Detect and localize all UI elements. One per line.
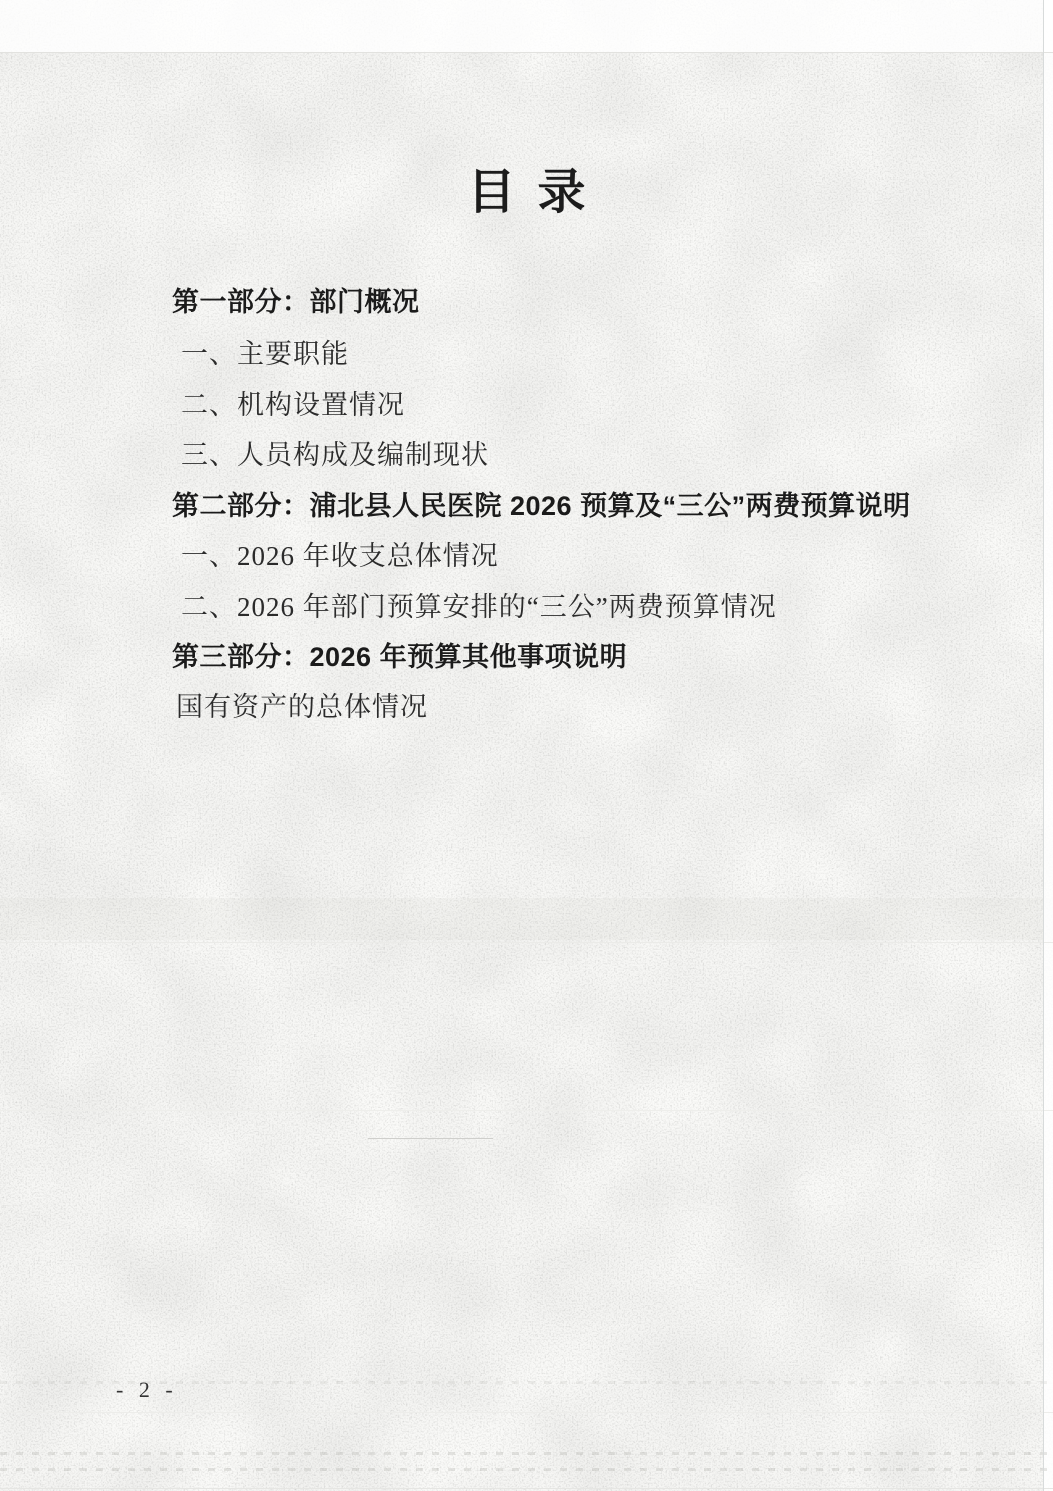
toc-item-org-setup: 二、机构设置情况 [181, 390, 405, 421]
page-title: 目录 [0, 167, 1053, 220]
scanned-document-page: 目录 第一部分：部门概况 一、主要职能 二、机构设置情况 三、人员构成及编制现状… [0, 0, 1053, 1491]
toc-part-3: 第三部分：2026 年预算其他事项说明 [172, 642, 627, 673]
toc-item-budget-overview: 一、2026 年收支总体情况 [181, 541, 499, 572]
scan-dash-band-2 [0, 1468, 1053, 1471]
scan-margin-top [0, 0, 1053, 52]
scan-noise-band [0, 898, 1053, 940]
scan-noise-texture [0, 0, 1053, 1491]
scan-line-top [0, 52, 1053, 53]
scan-line-short [368, 1138, 493, 1139]
toc-item-state-assets: 国有资产的总体情况 [176, 692, 428, 723]
page-edge-line [1043, 0, 1044, 1491]
toc-part-2: 第二部分：浦北县人民医院 2026 预算及“三公”两费预算说明 [172, 491, 911, 522]
scan-dash-band-1 [0, 1452, 1053, 1455]
toc-part-1: 第一部分：部门概况 [172, 287, 420, 318]
scan-margin-right [1044, 0, 1053, 1491]
page-number: - 2 - [116, 1377, 178, 1403]
scan-line-middle-1 [0, 942, 1053, 943]
toc-item-personnel: 三、人员构成及编制现状 [181, 440, 489, 471]
scan-line-bottom [0, 1488, 1053, 1489]
scan-line-middle-2 [0, 1110, 1053, 1111]
scan-line-footer [0, 1412, 1053, 1413]
toc-item-three-public-budget: 二、2026 年部门预算安排的“三公”两费预算情况 [181, 592, 777, 623]
toc-item-main-functions: 一、主要职能 [181, 339, 349, 370]
